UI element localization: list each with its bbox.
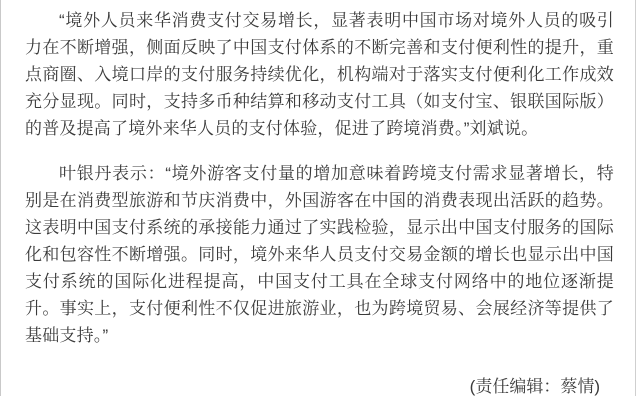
article-page: “境外人员来华消费支付交易增长，显著表明中国市场对境外人员的吸引力在不断增强，侧…	[0, 0, 636, 396]
article-paragraph-1: “境外人员来华消费支付交易增长，显著表明中国市场对境外人员的吸引力在不断增强，侧…	[25, 7, 614, 142]
article-body: “境外人员来华消费支付交易增长，显著表明中国市场对境外人员的吸引力在不断增强，侧…	[25, 7, 614, 396]
editor-credit: (责任编辑：蔡情)	[25, 373, 600, 396]
article-paragraph-2: 叶银丹表示：“境外游客支付量的增加意味着跨境支付需求显著增长，特别是在消费型旅游…	[25, 160, 614, 349]
